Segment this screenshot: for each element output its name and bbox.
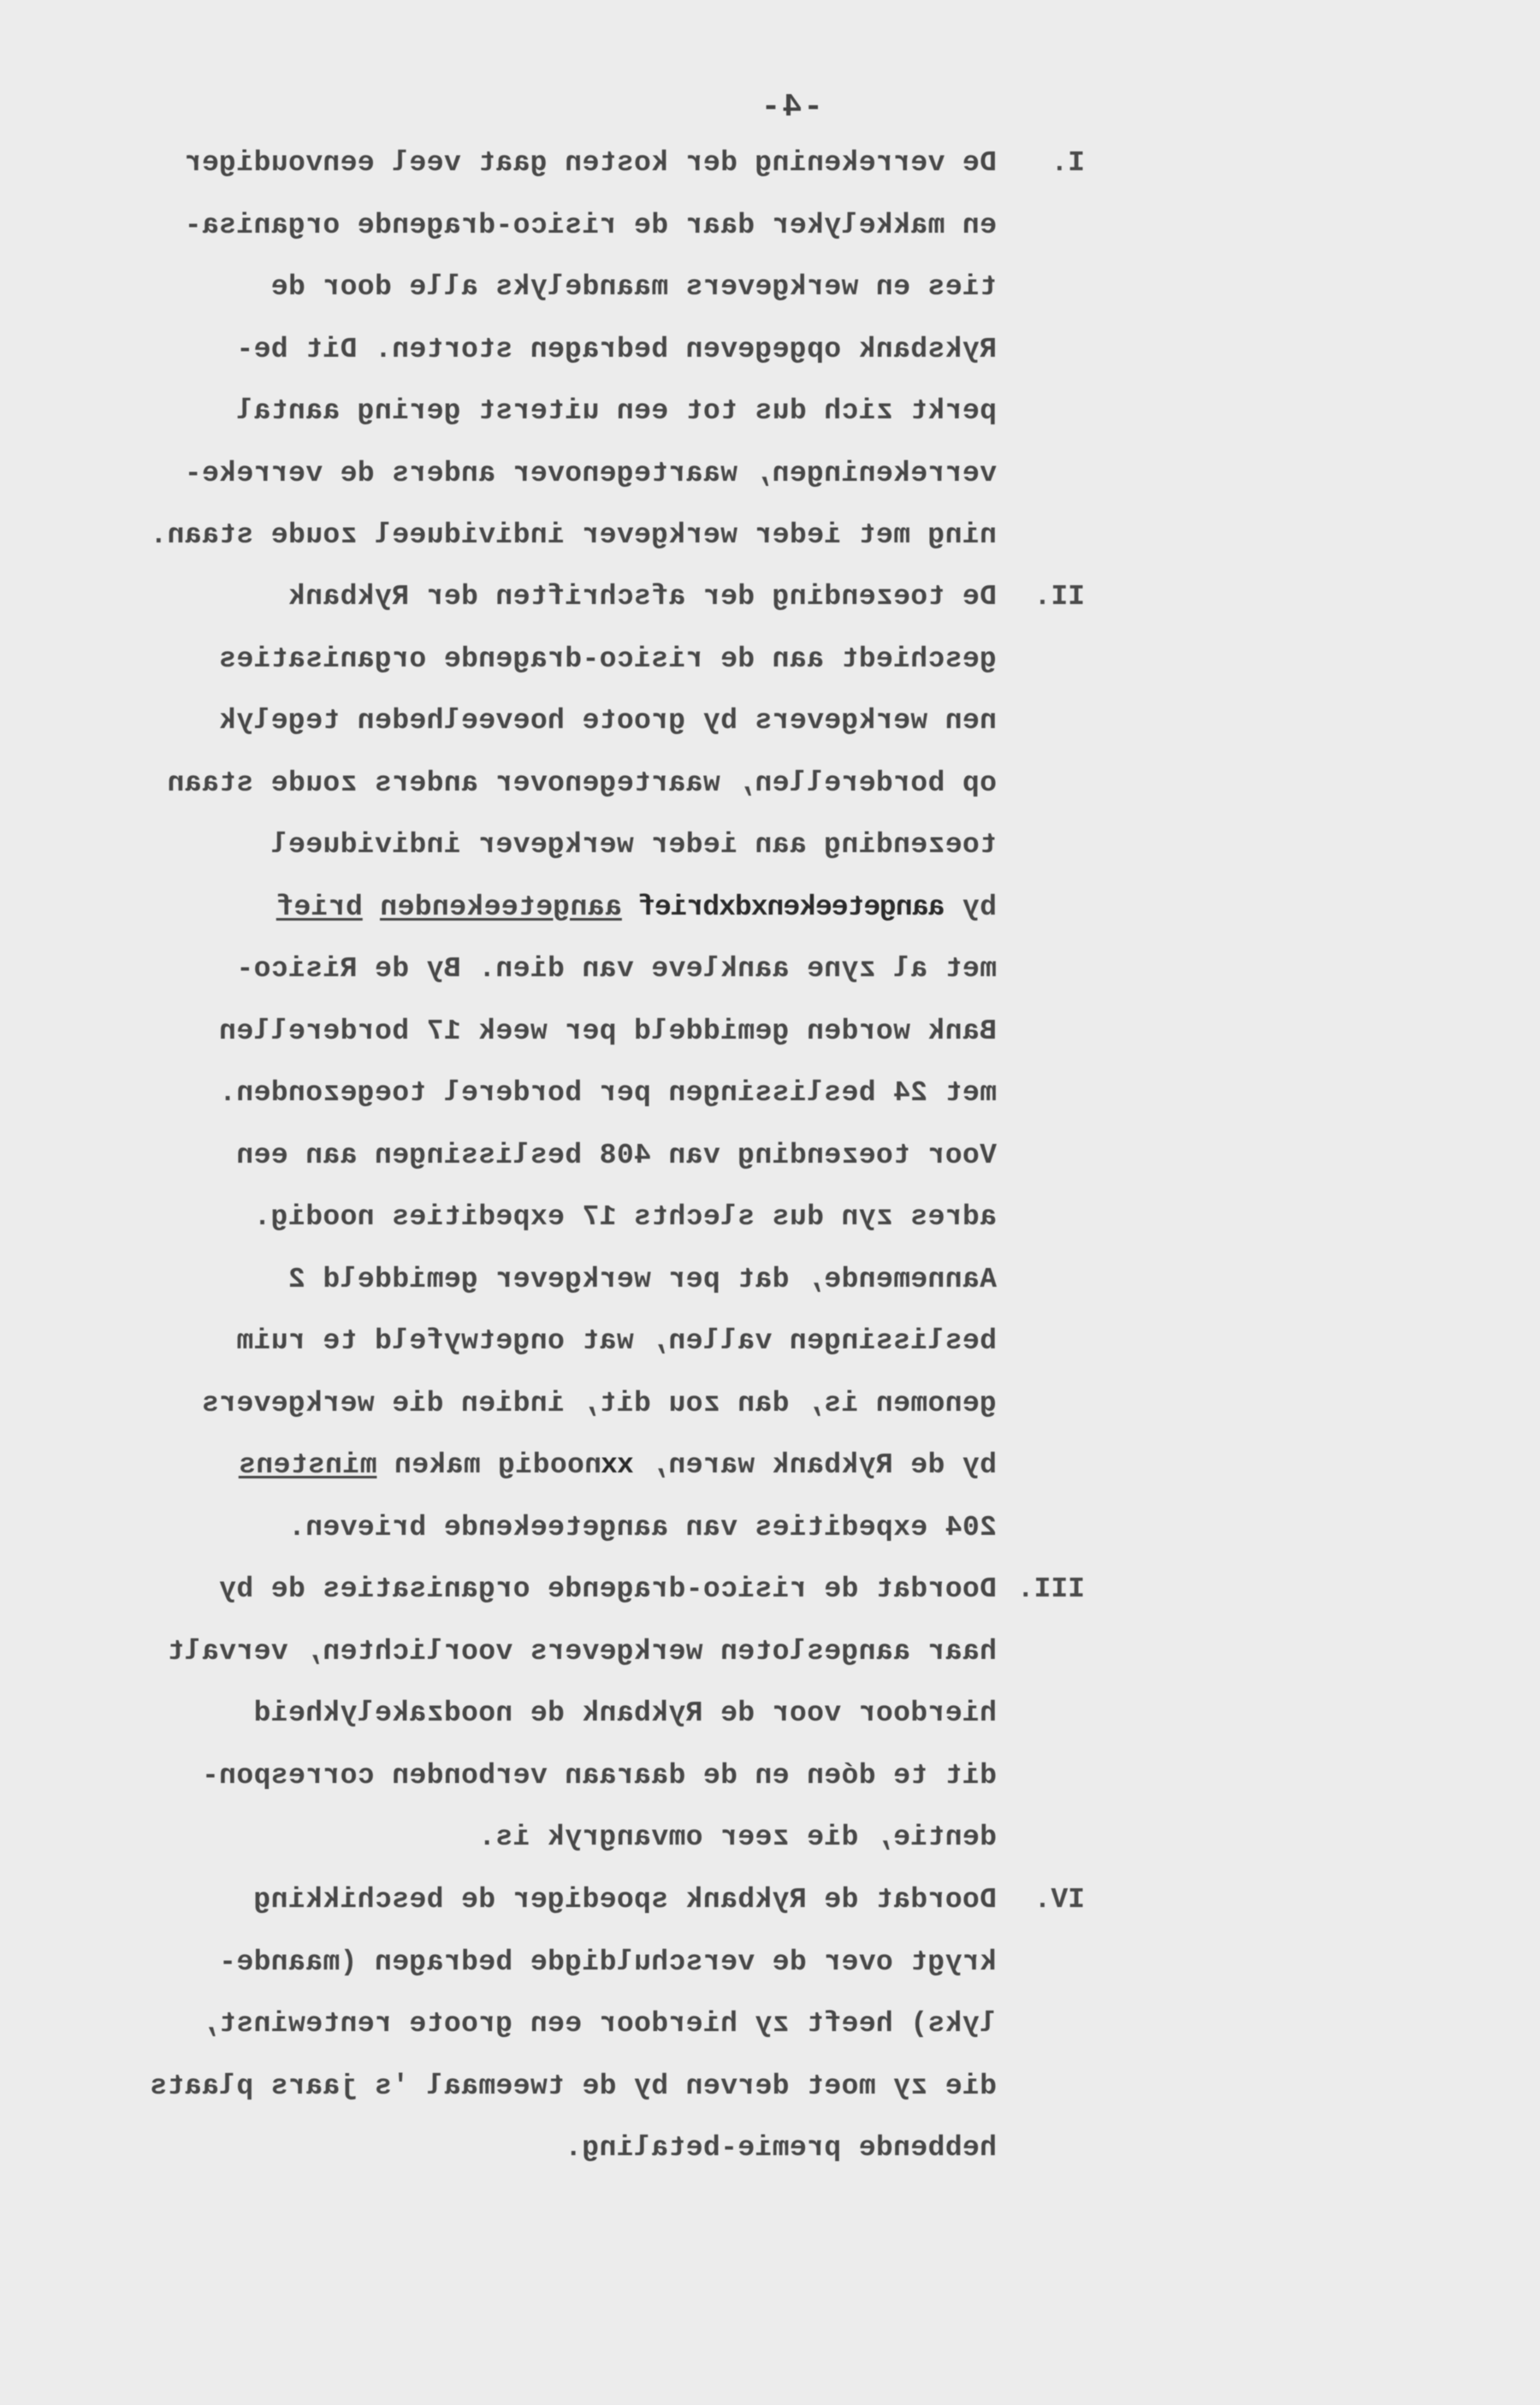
text-line: hierdoor voor de Rykbank de noodzakelykh… bbox=[38, 1683, 997, 1745]
text-line: toezending aan ieder werkgever individue… bbox=[38, 815, 997, 877]
text-line: Bank worden gemiddeld per week 17 border… bbox=[38, 1001, 997, 1063]
text-run: by bbox=[945, 892, 997, 923]
text-line: verrekeningen, waartegenover anders de v… bbox=[38, 443, 997, 506]
text-run: by de Rykbank waren, bbox=[634, 1449, 997, 1481]
section-numeral: II. bbox=[1034, 566, 1085, 628]
text-line: geschiedt aan de risico-dragende organis… bbox=[38, 629, 997, 691]
section-numeral: IV. bbox=[1034, 1869, 1085, 1931]
section-text: De toezending der afschriften der Rykban… bbox=[38, 566, 997, 1559]
text-line: krygt over de verschuldigde bedragen (ma… bbox=[38, 1932, 997, 1994]
text-line: en makkelyker daar de risico-dragende or… bbox=[38, 195, 997, 258]
text-line: ning met ieder werkgever individueel zou… bbox=[38, 505, 997, 567]
text-line: De toezending der afschriften der Rykban… bbox=[38, 566, 997, 629]
section-numeral: I. bbox=[1051, 133, 1085, 194]
page-number: -4- bbox=[760, 89, 823, 126]
text-line: lyks) heeft zy hierdoor een groote rente… bbox=[38, 1993, 997, 2056]
text-line: by aangeteekenxdxbrief aangeteekenden br… bbox=[38, 877, 997, 939]
text-run: noodig maken bbox=[376, 1449, 601, 1481]
text-line: adres zyn dus slechts 17 expedities nood… bbox=[38, 1187, 997, 1249]
text-line: met 24 beslissingen per borderel toegezo… bbox=[38, 1063, 997, 1125]
text-run bbox=[622, 892, 639, 923]
text-line: genomen is, dan zou dit, indien die werk… bbox=[38, 1373, 997, 1436]
text-line: Doordat de risico-dragende organisaties … bbox=[38, 1559, 997, 1621]
typewritten-page: -4- I. De verrekening der kosten gaat ve… bbox=[0, 0, 1540, 2405]
text-line: De verrekening der kosten gaat veel eenv… bbox=[38, 133, 997, 195]
text-line: Voor toezending van 408 beslissingen aan… bbox=[38, 1125, 997, 1188]
text-line: perkt zich dus tot een uiterst gering aa… bbox=[38, 381, 997, 443]
text-run bbox=[363, 892, 380, 923]
underlined-word: minstens bbox=[239, 1449, 377, 1481]
overstruck-text: xx bbox=[601, 1449, 634, 1481]
text-line: ties en werkgevers maandelyks alle door … bbox=[38, 257, 997, 319]
text-line: met al zyne aankleve van dien. By de Ris… bbox=[38, 939, 997, 1001]
text-line: nen werkgevers by groote hoeveelheden te… bbox=[38, 690, 997, 753]
section-numeral: III. bbox=[1017, 1559, 1085, 1620]
section-text: De verrekening der kosten gaat veel eenv… bbox=[38, 133, 997, 567]
text-line: beslissingen vallen, wat ongetwyfeld te … bbox=[38, 1311, 997, 1373]
text-line: die zy moet derven by de tweemaal 's jaa… bbox=[38, 2056, 997, 2118]
underlined-word: aangeteekenden bbox=[380, 892, 622, 923]
section-text: Doordat de Rykbank spoediger de beschikk… bbox=[38, 1869, 997, 2180]
section-text: Doordat de risico-dragende organisaties … bbox=[38, 1559, 997, 1869]
text-line: hebbende premie-betaling. bbox=[38, 2118, 997, 2180]
underlined-word: brief bbox=[276, 892, 363, 923]
text-line: Doordat de Rykbank spoediger de beschikk… bbox=[38, 1869, 997, 1932]
text-line: 204 expedities van aangeteekende brieven… bbox=[38, 1497, 997, 1560]
text-line: by de Rykbank waren, xxnoodig maken mins… bbox=[38, 1435, 997, 1497]
text-line: Ryksbank opgegeven bedragen storten. Dit… bbox=[38, 319, 997, 382]
text-line: haar aangesloten werkgevers voorlichten,… bbox=[38, 1621, 997, 1684]
text-line: Aannemende, dat per werkgever gemiddeld … bbox=[38, 1249, 997, 1312]
text-line: op borderellen, waartegenover anders zou… bbox=[38, 753, 997, 815]
overstruck-text: aangeteekenxdxbrief bbox=[639, 892, 945, 923]
text-line: dentie, die zeer omvangryk is. bbox=[38, 1807, 997, 1869]
text-line: dit te dóen en de daaraan verbonden corr… bbox=[38, 1745, 997, 1808]
